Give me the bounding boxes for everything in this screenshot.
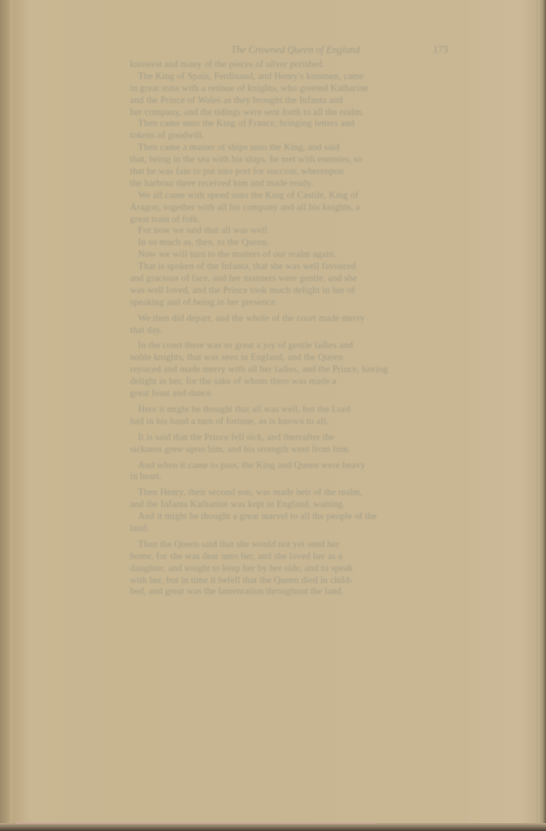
header-spacer: [130, 44, 158, 58]
text-line: and gracious of face, and her manners we…: [130, 274, 448, 286]
text-line: great feast and dance.: [130, 389, 448, 401]
text-block: The Crowned Queen of England 173 knowest…: [130, 44, 448, 599]
page-bottom-edge: [0, 823, 546, 831]
text-line: in heart.: [130, 472, 448, 484]
book-page: The Crowned Queen of England 173 knowest…: [0, 0, 546, 831]
text-line: Aragon, together with all his company an…: [130, 203, 448, 215]
text-line: The King of Spain, Ferdinand, and Henry'…: [130, 72, 448, 84]
text-line: her company, and the tidings were sent f…: [130, 108, 448, 120]
text-line: We all came with speed unto the King of …: [130, 191, 448, 203]
page-edge-stain: [16, 822, 376, 824]
text-line: Now we will turn to the matters of our r…: [130, 250, 448, 262]
text-line: that, being in the sea with his ships, h…: [130, 155, 448, 167]
text-line: tokens of goodwill.: [130, 131, 448, 143]
text-line: noble knights, that was seen in England,…: [130, 353, 448, 365]
text-line: and the Prince of Wales as they brought …: [130, 96, 448, 108]
text-line: Here it might be thought that all was we…: [130, 405, 448, 417]
text-line: that day.: [130, 326, 448, 338]
text-line: In so much as, then, to the Queen,: [130, 238, 448, 250]
text-line: daughter, and sought to keep her by her …: [130, 564, 448, 576]
text-line: rejoiced and made merry with all her lad…: [130, 365, 448, 377]
body-text: knowest and many of the pieces of silver…: [130, 60, 448, 599]
text-line: home, for she was dear unto her, and she…: [130, 552, 448, 564]
text-line: Then Henry, their second son, was made h…: [130, 488, 448, 500]
text-line: bed, and great was the lamentation throu…: [130, 587, 448, 599]
text-line: It is said that the Prince fell sick, an…: [130, 433, 448, 445]
text-line: was well loved, and the Prince took much…: [130, 286, 448, 298]
text-line: That is spoken of the Infanta, that she …: [130, 262, 448, 274]
page-gutter-shadow: [0, 0, 10, 831]
text-line: had in his hand a turn of fortune, as is…: [130, 417, 448, 429]
page-number: 173: [433, 44, 448, 58]
text-line: In the court there was so great a joy of…: [130, 341, 448, 353]
text-line: We then did depart, and the whole of the…: [130, 314, 448, 326]
text-line: and the Infanta Katharine was kept in En…: [130, 500, 448, 512]
text-line: the harbour there received him and made …: [130, 179, 448, 191]
text-line: in great state with a retinue of knights…: [130, 84, 448, 96]
text-line: Then came unto the King of France, bring…: [130, 119, 448, 131]
text-line: Then the Queen said that she would not y…: [130, 540, 448, 552]
text-line: knowest and many of the pieces of silver…: [130, 60, 448, 72]
page-right-edge: [538, 0, 546, 831]
text-line: Then came a master of ships unto the Kin…: [130, 143, 448, 155]
running-header-title: The Crowned Queen of England: [231, 44, 360, 58]
text-line: land.: [130, 524, 448, 536]
text-line: And it might be thought a great marvel t…: [130, 512, 448, 524]
text-line: sickness grew upon him, and his strength…: [130, 445, 448, 457]
text-line: with her, but in time it befell that the…: [130, 576, 448, 588]
text-line: And when it came to pass, the King and Q…: [130, 461, 448, 473]
text-line: For now we said that all was well.: [130, 226, 448, 238]
text-line: that he was fain to put into port for su…: [130, 167, 448, 179]
running-header: The Crowned Queen of England 173: [130, 44, 448, 58]
text-line: speaking and of being in her presence.: [130, 298, 448, 310]
text-line: delight in her, for the sake of whom the…: [130, 377, 448, 389]
text-line: great train of folk.: [130, 215, 448, 227]
